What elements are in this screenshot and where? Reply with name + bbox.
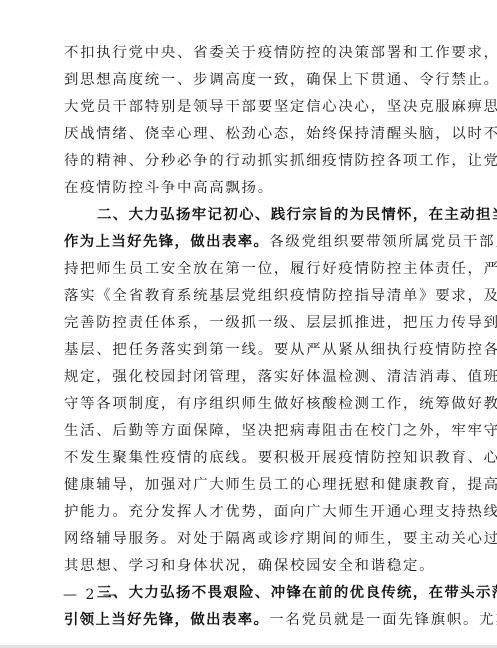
text-line: 护能力。充分发挥人才优势，面向广大师生开通心理支持热线和 — [64, 502, 438, 529]
text-segment: 大党员干部特别是领导干部要坚定信心决心，坚决克服麻痹思想、 — [64, 99, 497, 115]
text-segment: 健康辅导，加强对广大师生员工的心理抚慰和健康教育，提高防 — [64, 477, 497, 493]
text-line: 生活、后勤等方面保障，坚决把病毒阻击在校门之外，牢牢守住 — [64, 421, 438, 448]
section-heading-text: 二、大力弘扬牢记初心、践行宗旨的为民情怀，在主动担当 — [97, 207, 497, 223]
page-number: — 2 — — [63, 585, 119, 605]
section-heading-text: 作为上当好先锋，做出表率。 — [64, 234, 269, 250]
section-heading-line: 三、大力弘扬不畏艰险、冲锋在前的优良传统，在带头示范 — [64, 583, 438, 610]
text-segment: 其思想、学习和身体状况，确保校园安全和谐稳定。 — [64, 558, 435, 574]
section-heading-line: 二、大力弘扬牢记初心、践行宗旨的为民情怀，在主动担当 — [64, 205, 438, 232]
text-line: 完善防控责任体系，一级抓一级、层层抓推进，把压力传导到最 — [64, 313, 438, 340]
text-segment: 一名党员就是一面先锋旗帜。尤其 — [269, 612, 497, 628]
text-line: 其思想、学习和身体状况，确保校园安全和谐稳定。 — [64, 556, 438, 583]
text-segment: 各级党组织要带领所属党员干部坚 — [269, 234, 497, 250]
text-line: 不扣执行党中央、省委关于疫情防控的决策部署和工作要求，做 — [64, 43, 438, 70]
text-segment: 不扣执行党中央、省委关于疫情防控的决策部署和工作要求，做 — [64, 45, 497, 61]
text-segment: 基层、把任务落实到第一线。要从严从紧从细执行疫情防控各项 — [64, 342, 497, 358]
text-segment: 不发生聚集性疫情的底线。要积极开展疫情防控知识教育、心理 — [64, 450, 497, 466]
text-line: 待的精神、分秒必争的行动抓实抓细疫情防控各项工作，让党旗 — [64, 151, 438, 178]
text-segment: 到思想高度统一、步调高度一致，确保上下贯通、令行禁止。广 — [64, 72, 497, 88]
text-segment: 在疫情防控斗争中高高飘扬。 — [64, 180, 274, 196]
text-line: 落实《全省教育系统基层党组织疫情防控指导清单》要求，及时 — [64, 286, 438, 313]
text-segment: 规定，强化校园封闭管理，落实好体温检测、清洁消毒、值班值 — [64, 369, 497, 385]
text-segment: 完善防控责任体系，一级抓一级、层层抓推进，把压力传导到最 — [64, 315, 497, 331]
text-line: 引领上当好先锋，做出表率。一名党员就是一面先锋旗帜。尤其 — [64, 610, 438, 637]
section-heading-text: 三、大力弘扬不畏艰险、冲锋在前的优良传统，在带头示范 — [97, 585, 497, 601]
text-line: 规定，强化校园封闭管理，落实好体温检测、清洁消毒、值班值 — [64, 367, 438, 394]
body-text: 不扣执行党中央、省委关于疫情防控的决策部署和工作要求，做 到思想高度统一、步调高… — [64, 43, 438, 637]
text-segment: 守等各项制度，有序组织师生做好核酸检测工作，统筹做好教学、 — [64, 396, 497, 412]
text-segment: 厌战情绪、侥幸心理、松劲心态，始终保持清醒头脑，以时不我 — [64, 126, 497, 142]
text-line: 网络辅导服务。对处于隔离或诊疗期间的师生，要主动关心过问 — [64, 529, 438, 556]
text-line: 在疫情防控斗争中高高飘扬。 — [64, 178, 438, 205]
text-segment: 网络辅导服务。对处于隔离或诊疗期间的师生，要主动关心过问 — [64, 531, 497, 547]
document-page: 不扣执行党中央、省委关于疫情防控的决策部署和工作要求，做 到思想高度统一、步调高… — [0, 0, 497, 646]
text-segment: 落实《全省教育系统基层党组织疫情防控指导清单》要求，及时 — [64, 288, 497, 304]
text-segment: 生活、后勤等方面保障，坚决把病毒阻击在校门之外，牢牢守住 — [64, 423, 497, 439]
text-line: 基层、把任务落实到第一线。要从严从紧从细执行疫情防控各项 — [64, 340, 438, 367]
text-line: 大党员干部特别是领导干部要坚定信心决心，坚决克服麻痹思想、 — [64, 97, 438, 124]
text-line: 守等各项制度，有序组织师生做好核酸检测工作，统筹做好教学、 — [64, 394, 438, 421]
text-segment: 护能力。充分发挥人才优势，面向广大师生开通心理支持热线和 — [64, 504, 497, 520]
text-line: 作为上当好先锋，做出表率。各级党组织要带领所属党员干部坚 — [64, 232, 438, 259]
section-heading-text: 引领上当好先锋，做出表率。 — [64, 612, 269, 628]
text-line: 不发生聚集性疫情的底线。要积极开展疫情防控知识教育、心理 — [64, 448, 438, 475]
text-segment: 持把师生员工安全放在第一位，履行好疫情防控主体责任，严格 — [64, 261, 497, 277]
text-segment: 待的精神、分秒必争的行动抓实抓细疫情防控各项工作，让党旗 — [64, 153, 497, 169]
text-line: 持把师生员工安全放在第一位，履行好疫情防控主体责任，严格 — [64, 259, 438, 286]
text-line: 厌战情绪、侥幸心理、松劲心态，始终保持清醒头脑，以时不我 — [64, 124, 438, 151]
text-line: 健康辅导，加强对广大师生员工的心理抚慰和健康教育，提高防 — [64, 475, 438, 502]
text-line: 到思想高度统一、步调高度一致，确保上下贯通、令行禁止。广 — [64, 70, 438, 97]
